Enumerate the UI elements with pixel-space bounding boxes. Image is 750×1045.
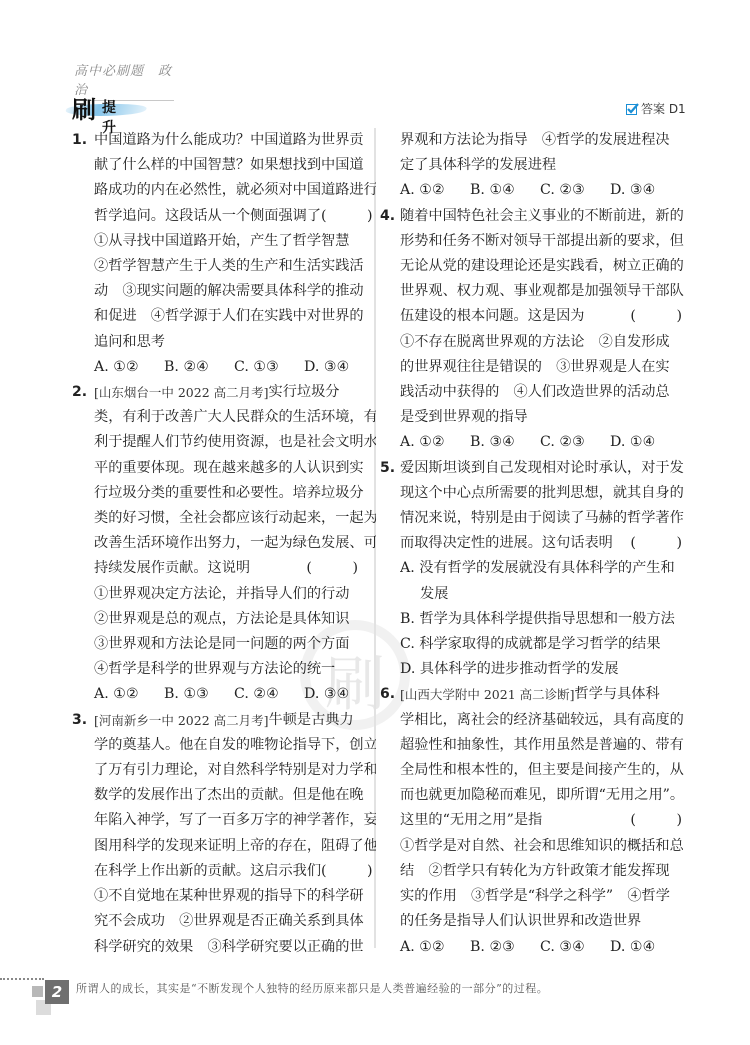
stem-line: 而取得决定性的进展。这句话表明( ) (400, 531, 700, 556)
item-line: 的任务是指导人们认识世界和改造世界 (400, 909, 700, 934)
question-source: [山西大学附中 2021 高二诊断] (400, 682, 575, 707)
stem-line: 持续发展作贡献。这说明( ) (94, 556, 376, 581)
option-c: C. ②④ (234, 682, 304, 707)
page-number: 2 (45, 980, 69, 1004)
stem-line: 类的好习惯，全社会都应该行动起来，一起为 (94, 506, 376, 531)
option-d: D. ①④ (610, 430, 680, 455)
stem-line: [河南新乡一中 2022 高二月考]牛顿是古典力 (94, 708, 376, 733)
option-b: B. ②③ (470, 935, 540, 960)
option-row: A. ①② B. ①③ C. ②④ D. ③④ (94, 682, 376, 707)
item-line: ④哲学是科学的世界观与方法论的统一 (94, 657, 376, 682)
stem-line: 爱因斯坦谈到自己发现相对论时承认，对于发 (400, 456, 700, 481)
question-number: 4. (380, 204, 395, 229)
stem-line: 这里的“无用之用”是指( ) (400, 808, 700, 833)
question-3-continued: 界观和方法论为指导 ④哲学的发展进程决 定了具体科学的发展进程 A. ①② B.… (400, 128, 700, 204)
answer-reference: 答案 D1 (626, 100, 686, 117)
answer-blank: ( ) (321, 859, 376, 884)
question-number: 6. (380, 682, 395, 707)
stem-line: 改善生活环境作出努力，一起为绿色发展、可 (94, 531, 376, 556)
footer-dotted-rule (0, 978, 44, 980)
question-number: 5. (380, 456, 395, 481)
answer-blank: ( ) (630, 304, 700, 329)
answer-blank: ( ) (306, 556, 376, 581)
stem-line: 随着中国特色社会主义事业的不断前进，新的 (400, 204, 700, 229)
stem-line: 哲学追问。这段话从一个侧面强调了( ) (94, 204, 376, 229)
item-line: 追问和思考 (94, 330, 376, 355)
stem-line: 图用科学的发现来证明上帝的存在，阻碍了他 (94, 834, 376, 859)
item-line: ①哲学是对自然、社会和思维知识的概括和总 (400, 834, 700, 859)
stem-line: 全局性和根本性的，但主要是间接产生的，从 (400, 758, 700, 783)
item-line: 的世界观往往是错误的 ③世界观是人在实 (400, 355, 700, 380)
option-a: A. ①② (400, 935, 470, 960)
stem-line: 而也就更加隐秘而难见，即所谓“无用之用”。 (400, 783, 700, 808)
answer-blank: ( ) (321, 204, 376, 229)
item-line: 动 ③现实问题的解决需要具体科学的推动 (94, 279, 376, 304)
item-line: 究不会成功 ②世界观是否正确关系到具体 (94, 909, 376, 934)
stem-line: 了万有引力理论，对自然科学特别是对力学和 (94, 758, 376, 783)
option-row: A. ①② B. ②③ C. ③④ D. ①④ (400, 935, 700, 960)
item-line: 界观和方法论为指导 ④哲学的发展进程决 (400, 128, 700, 153)
option-c: C. ②③ (540, 430, 610, 455)
decorative-square (32, 986, 43, 997)
item-line: ②哲学智慧产生于人类的生产和生活实践活 (94, 254, 376, 279)
item-line: 是受到世界观的指导 (400, 405, 700, 430)
stem-line: 中国道路为什么能成功？中国道路为世界贡 (94, 128, 376, 153)
stem-line: [山东烟台一中 2022 高二月考]实行垃圾分 (94, 380, 376, 405)
question-3: 3. [河南新乡一中 2022 高二月考]牛顿是古典力 学的奠基人。他在自发的唯… (76, 708, 376, 960)
option-row: A. ①② B. ①④ C. ②③ D. ③④ (400, 178, 700, 203)
stem-line: 利于提醒人们节约使用资源，也是社会文明水 (94, 430, 376, 455)
brand-big-char: 刷 (72, 90, 96, 125)
choice-d: D. 具体科学的进步推动哲学的发展 (400, 657, 700, 682)
stem-line: 平的重要体现。现在越来越多的人认识到实 (94, 456, 376, 481)
stem-line: 情况来说，特别是由于阅读了马赫的哲学著作 (400, 506, 700, 531)
stem-line: [山西大学附中 2021 高二诊断]哲学与具体科 (400, 682, 700, 707)
question-5: 5. 爱因斯坦谈到自己发现相对论时承认，对于发 现这个中心点所需要的批判思想，就… (400, 456, 700, 683)
option-a: A. ①② (400, 178, 470, 203)
stem-line: 学相比，离社会的经济基础较远，具有高度的 (400, 708, 700, 733)
item-line: 科学研究的效果 ③科学研究要以正确的世 (94, 935, 376, 960)
right-column: 界观和方法论为指导 ④哲学的发展进程决 定了具体科学的发展进程 A. ①② B.… (400, 128, 700, 960)
stem-line: 路成功的内在必然性，就必须对中国道路进行 (94, 178, 376, 203)
choice-a: A. 没有哲学的发展就没有具体科学的产生和 (400, 556, 700, 581)
stem-line: 学的奠基人。他在自发的唯物论指导下，创立 (94, 733, 376, 758)
option-a: A. ①② (400, 430, 470, 455)
answer-blank: ( ) (630, 808, 700, 833)
stem-line: 无论从党的建设理论还是实践看，树立正确的 (400, 254, 700, 279)
item-line: 结 ②哲学只有转化为方针政策才能发挥现 (400, 859, 700, 884)
item-line: ①不存在脱离世界观的方法论 ②自发形成 (400, 330, 700, 355)
stem-line: 年陷入神学，写了一百多万字的神学著作，妄 (94, 808, 376, 833)
option-c: C. ①③ (234, 355, 304, 380)
question-1: 1. 中国道路为什么能成功？中国道路为世界贡 献了什么样的中国智慧？如果想找到中… (76, 128, 376, 380)
question-6: 6. [山西大学附中 2021 高二诊断]哲学与具体科 学相比，离社会的经济基础… (400, 682, 700, 959)
question-number: 1. (72, 128, 87, 153)
answer-label: 答案 D1 (641, 100, 686, 117)
stem-line: 在科学上作出新的贡献。这启示我们( ) (94, 859, 376, 884)
option-a: A. ①② (94, 682, 164, 707)
item-line: ①世界观决定方法论，并指导人们的行动 (94, 582, 376, 607)
option-d: D. ③④ (610, 178, 680, 203)
item-line: 践活动中获得的 ④人们改造世界的活动总 (400, 380, 700, 405)
question-4: 4. 随着中国特色社会主义事业的不断前进，新的 形势和任务不断对领导干部提出新的… (400, 204, 700, 456)
question-2: 2. [山东烟台一中 2022 高二月考]实行垃圾分 类，有利于改善广大人民群众… (76, 380, 376, 708)
option-d: D. ③④ (304, 355, 374, 380)
question-number: 3. (72, 708, 87, 733)
question-source: [山东烟台一中 2022 高二月考] (94, 380, 269, 405)
stem-line: 行垃圾分类的重要性和必要性。培养垃圾分 (94, 481, 376, 506)
stem-line: 形势和任务不断对领导干部提出新的要求，但 (400, 229, 700, 254)
answer-blank: ( ) (630, 531, 700, 556)
choice-c: C. 科学家取得的成就都是学习哲学的结果 (400, 632, 700, 657)
item-line: 定了具体科学的发展进程 (400, 153, 700, 178)
option-b: B. ①④ (470, 178, 540, 203)
item-line: ②世界观是总的观点，方法论是具体知识 (94, 607, 376, 632)
left-column: 1. 中国道路为什么能成功？中国道路为世界贡 献了什么样的中国智慧？如果想找到中… (76, 128, 376, 960)
stem-line: 伍建设的根本问题。这是因为( ) (400, 304, 700, 329)
stem-line: 世界观、权力观、事业观都是加强领导干部队 (400, 279, 700, 304)
option-c: C. ②③ (540, 178, 610, 203)
checkmark-icon (626, 103, 639, 115)
item-line: ③世界观和方法论是同一问题的两个方面 (94, 632, 376, 657)
choice-a-continued: 发展 (400, 582, 700, 607)
item-line: ①不自觉地在某种世界观的指导下的科学研 (94, 884, 376, 909)
item-line: 和促进 ④哲学源于人们在实践中对世界的 (94, 304, 376, 329)
option-b: B. ③④ (470, 430, 540, 455)
option-c: C. ③④ (540, 935, 610, 960)
stem-line: 数学的发展作出了杰出的贡献。但是他在晚 (94, 783, 376, 808)
question-source: [河南新乡一中 2022 高二月考] (94, 708, 269, 733)
footer-quote: 所谓人的成长，其实是“不断发现个人独特的经历原来都只是人类普遍经验的一部分”的过… (76, 980, 548, 996)
option-row: A. ①② B. ③④ C. ②③ D. ①④ (400, 430, 700, 455)
option-b: B. ②④ (164, 355, 234, 380)
question-number: 2. (72, 380, 87, 405)
item-line: 实的作用 ③哲学是“科学之科学” ④哲学 (400, 884, 700, 909)
stem-line: 现这个中心点所需要的批判思想，就其自身的 (400, 481, 700, 506)
stem-line: 类，有利于改善广大人民群众的生活环境，有 (94, 405, 376, 430)
option-b: B. ①③ (164, 682, 234, 707)
option-row: A. ①② B. ②④ C. ①③ D. ③④ (94, 355, 376, 380)
item-line: ①从寻找中国道路开始，产生了哲学智慧 (94, 229, 376, 254)
stem-line: 献了什么样的中国智慧？如果想找到中国道 (94, 153, 376, 178)
choice-b: B. 哲学为具体科学提供指导思想和一般方法 (400, 607, 700, 632)
option-d: D. ③④ (304, 682, 374, 707)
option-a: A. ①② (94, 355, 164, 380)
option-d: D. ①④ (610, 935, 680, 960)
stem-line: 超验性和抽象性，其作用虽然是普遍的、带有 (400, 733, 700, 758)
